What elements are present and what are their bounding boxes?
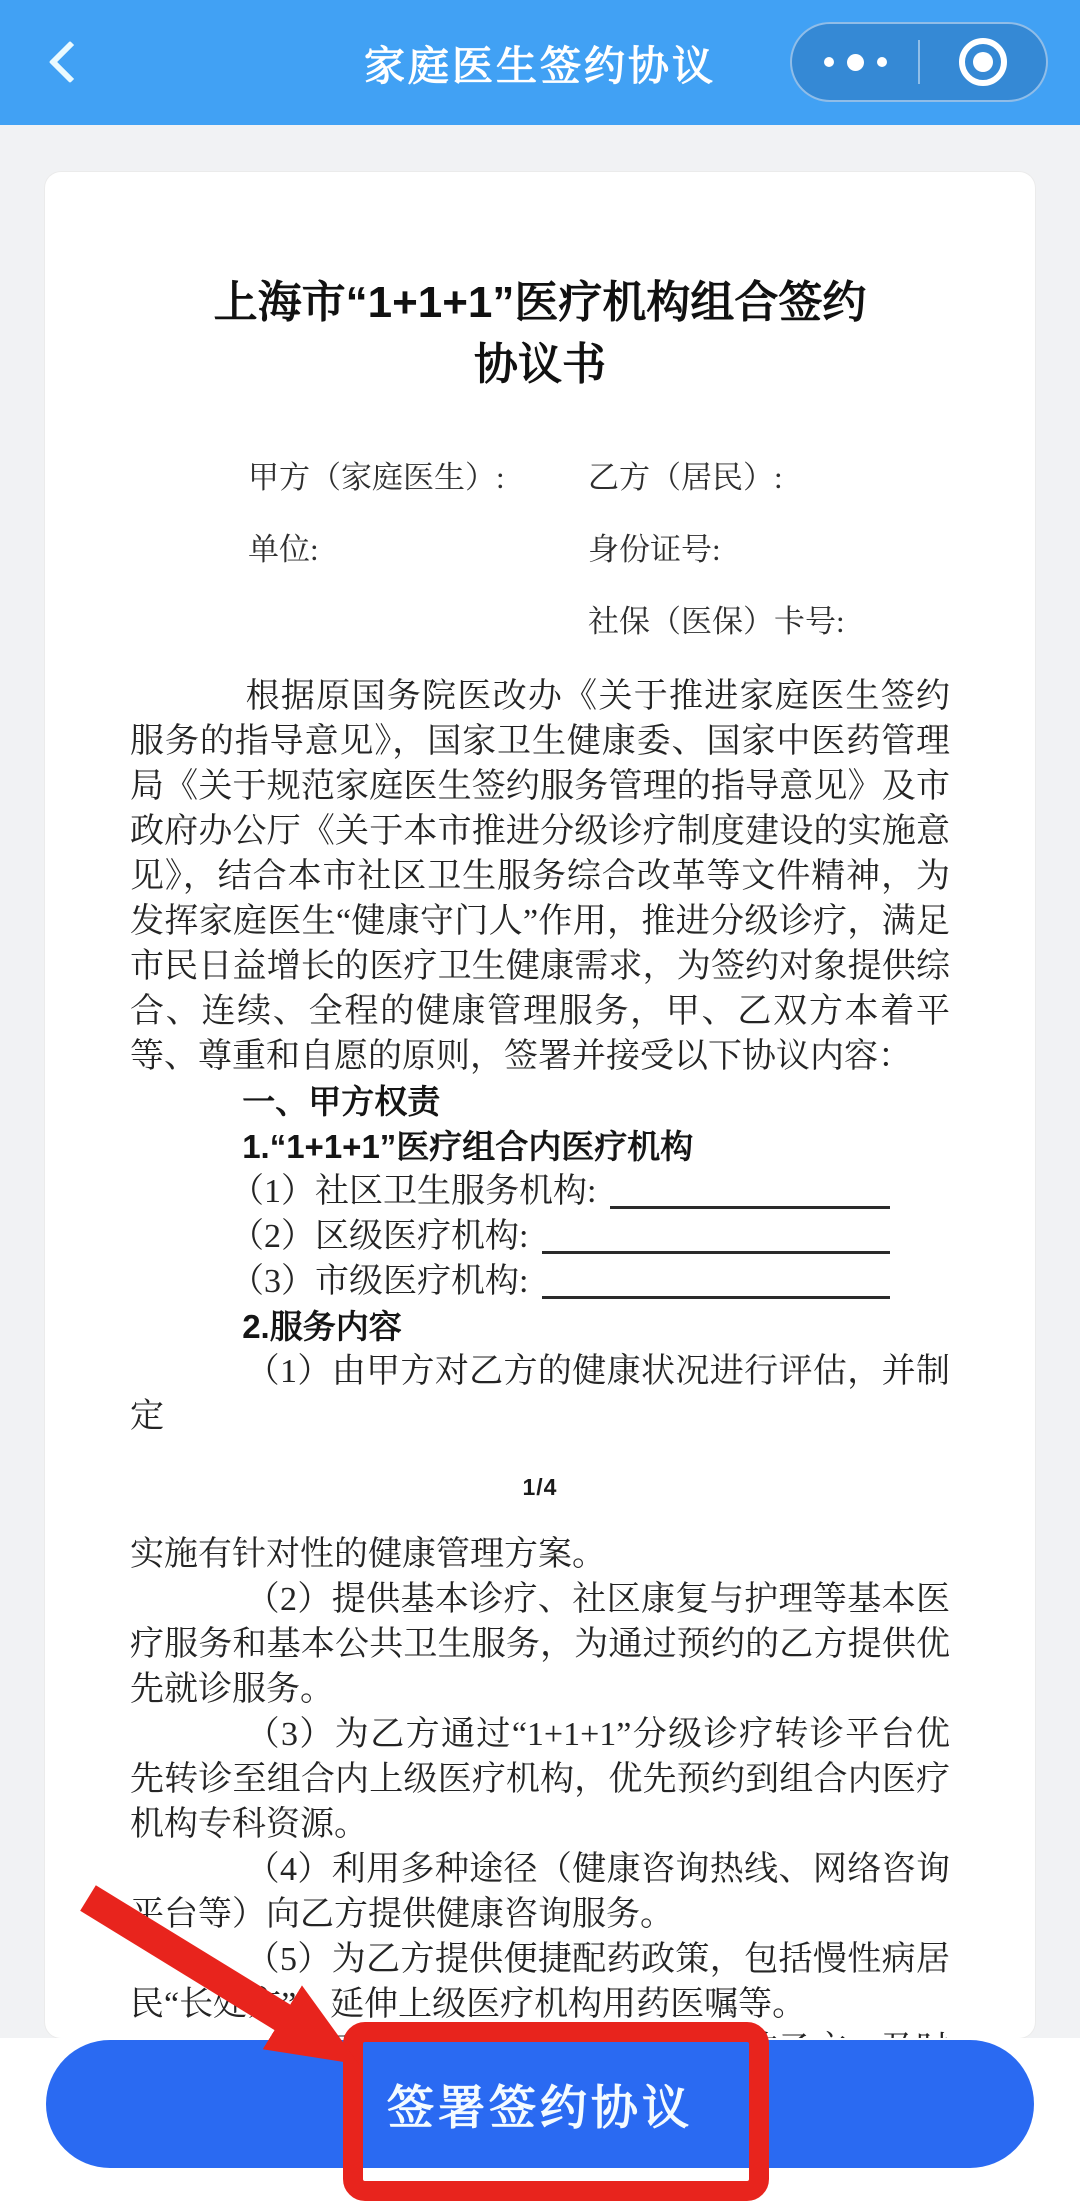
doc-pagebreak: 1/4	[130, 1465, 950, 1510]
party-label: 身份证号:	[588, 514, 845, 586]
more-menu-button[interactable]	[792, 24, 918, 100]
doc-body: 根据原国务院医改办《关于推进家庭医生签约服务的指导意见》，国家卫生健康委、国家中…	[130, 674, 950, 2038]
blank-fill-line	[542, 1224, 890, 1254]
miniprogram-capsule	[790, 22, 1048, 102]
sign-agreement-button[interactable]: 签署签约协议	[46, 2040, 1034, 2168]
party-b-column: 乙方（居民）:身份证号:社保（医保）卡号:	[588, 442, 845, 658]
close-minimize-button[interactable]	[920, 24, 1046, 100]
doc-fill: （2）区级医疗机构:	[130, 1214, 950, 1259]
document-title-line2: 协议书	[130, 334, 950, 396]
three-dots-icon	[824, 54, 887, 71]
doc-heading: 2.服务内容	[130, 1304, 950, 1349]
document-title-line1: 上海市“1+1+1”医疗机构组合签约	[130, 272, 950, 334]
document-title: 上海市“1+1+1”医疗机构组合签约 协议书	[130, 272, 950, 396]
doc-para: （5）为乙方提供便捷配药政策，包括慢性病居民“长处方”，延伸上级医疗机构用药医嘱…	[130, 1937, 950, 2027]
doc-para: 实施有针对性的健康管理方案。	[130, 1532, 950, 1577]
parties-section: 甲方（家庭医生）:单位: 乙方（居民）:身份证号:社保（医保）卡号:	[130, 442, 950, 658]
party-label: 社保（医保）卡号:	[588, 586, 845, 658]
party-label: 乙方（居民）:	[588, 442, 845, 514]
back-button[interactable]	[40, 28, 100, 96]
party-label: 甲方（家庭医生）:	[248, 442, 588, 514]
nav-bar: 家庭医生签约协议	[0, 0, 1080, 125]
doc-heading: 1.“1+1+1”医疗组合内医疗机构	[130, 1124, 950, 1169]
doc-para: （2）提供基本诊疗、社区康复与护理等基本医疗服务和基本公共卫生服务，为通过预约的…	[130, 1577, 950, 1712]
target-circle-icon	[959, 38, 1007, 86]
party-label: 单位:	[248, 514, 588, 586]
chevron-left-icon	[49, 41, 91, 83]
party-a-column: 甲方（家庭医生）:单位:	[248, 442, 588, 658]
doc-para: （3）为乙方通过“1+1+1”分级诊疗转诊平台优先转诊至组合内上级医疗机构，优先…	[130, 1712, 950, 1847]
doc-para: （6）对确有需求并符合相关条件的乙方，及时建	[130, 2027, 950, 2038]
doc-fill: （3）市级医疗机构:	[130, 1259, 950, 1304]
agreement-document[interactable]: 上海市“1+1+1”医疗机构组合签约 协议书 甲方（家庭医生）:单位: 乙方（居…	[45, 172, 1035, 2038]
doc-fill: （1）社区卫生服务机构:	[130, 1169, 950, 1214]
bottom-action-bar: 签署签约协议	[0, 2038, 1080, 2205]
doc-para: 根据原国务院医改办《关于推进家庭医生签约服务的指导意见》，国家卫生健康委、国家中…	[130, 674, 950, 1079]
doc-heading: 一、甲方权责	[130, 1079, 950, 1124]
doc-para: （1）由甲方对乙方的健康状况进行评估，并制定	[130, 1349, 950, 1439]
doc-para: （4）利用多种途径（健康咨询热线、网络咨询平台等）向乙方提供健康咨询服务。	[130, 1847, 950, 1937]
blank-fill-line	[542, 1269, 890, 1299]
screen: { "header": { "title": "家庭医生签约协议", "icon…	[0, 0, 1080, 2205]
blank-fill-line	[610, 1179, 890, 1209]
